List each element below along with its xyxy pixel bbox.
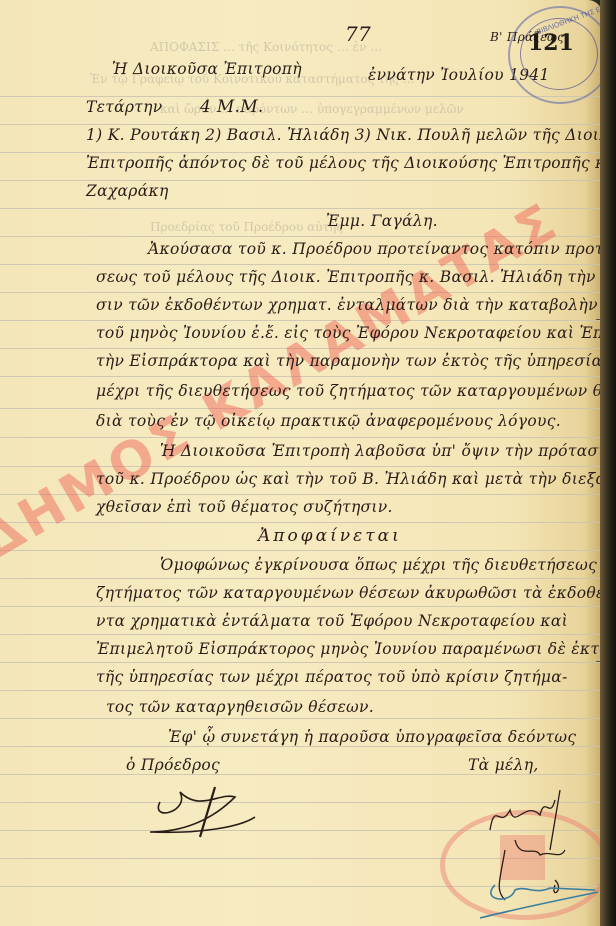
members-label: Τὰ μέλη,: [468, 756, 539, 774]
folio-number: 121: [528, 30, 574, 56]
committee-heading: Ἡ Διοικοῦσα Ἐπιτροπὴ: [112, 60, 302, 78]
president-signature: [140, 782, 270, 842]
body-line: Ἐμμ. Γαγάλη.: [326, 212, 438, 230]
member-signatures: [480, 790, 600, 920]
printed-form-line: Προεδρίας τοῦ Προέδρου αὐτῆς: [150, 220, 343, 234]
book-binding-edge: [600, 0, 616, 926]
body-line: χθεῖσαν ἐπὶ τοῦ θέματος συζήτησιν.: [96, 498, 393, 516]
body-line: διὰ τοὺς ἐν τῷ οἰκείῳ πρακτικῷ ἀναφερομέ…: [96, 412, 561, 430]
president-label: ὁ Πρόεδρος: [126, 756, 220, 774]
body-line: Ἀκούσασα τοῦ κ. Προέδρου προτείναντος κα…: [148, 240, 602, 258]
body-line: Ἐπιτροπῆς ἀπόντος δὲ τοῦ μέλους τῆς Διοι…: [86, 154, 602, 172]
decision-line: Ὁμοφώνως ἐγκρίνουσα ὅπως μέχρι τῆς διευθ…: [160, 556, 602, 574]
body-line: σεως τοῦ μέλους τῆς Διοικ. Ἐπιτροπῆς κ. …: [96, 268, 602, 286]
decision-heading: Ἀποφαίνεται: [258, 526, 402, 546]
body-line: Ἡ Διοικοῦσα Ἐπιτροπὴ λαβοῦσα ὑπ' ὄψιν τὴ…: [160, 442, 602, 460]
decision-line: Ἐπιμελητοῦ Εἰσπράκτορος μηνὸς Ἰουνίου πα…: [96, 640, 602, 658]
document-page: ΑΠΟΦΑΣΙΣ … τῆς Κοινότητος … ἐν … Ἐν τῷ Γ…: [0, 0, 602, 926]
meeting-time: 4 Μ.Μ.: [200, 97, 264, 117]
body-line: σιν τῶν ἐκδοθέντων χρηματ. ἐνταλμάτων δι…: [96, 296, 602, 314]
body-line: τοῦ κ. Προέδρου ὡς καὶ τὴν τοῦ Β. Ἠλιάδη…: [96, 470, 602, 488]
decision-line: ζητήματος τῶν καταργουμένων θέσεων ἀκυρω…: [96, 584, 602, 602]
decision-line: ντα χρηματικὰ ἐντάλματα τοῦ Ἐφόρου Νεκρο…: [96, 612, 568, 630]
body-line: 1) Κ. Ρουτάκη 2) Βασιλ. Ἠλιάδη 3) Νικ. Π…: [86, 126, 602, 144]
meeting-weekday: Τετάρτην: [86, 98, 163, 116]
body-line: τοῦ μηνὸς Ἰουνίου ἐ.ἔ. εἰς τοὺς Ἐφόρου Ν…: [96, 324, 602, 342]
body-line: μέχρι τῆς διευθετήσεως τοῦ ζητήματος τῶν…: [96, 382, 602, 400]
body-line: τὴν Εἰσπράκτορα καὶ τὴν παραμονὴν των ἐκ…: [96, 352, 602, 370]
decision-line: τῆς ὑπηρεσίας των μέχρι πέρατος τοῦ ὑπὸ …: [96, 668, 568, 686]
page-number: 77: [345, 22, 371, 46]
decision-line: τος τῶν καταργηθεισῶν θέσεων.: [106, 698, 374, 716]
body-line: Ζαχαράκη: [86, 182, 169, 200]
closing-line: Ἐφ' ᾧ συνετάγη ἡ παροῦσα ὑπογραφεῖσα δεό…: [168, 728, 576, 746]
